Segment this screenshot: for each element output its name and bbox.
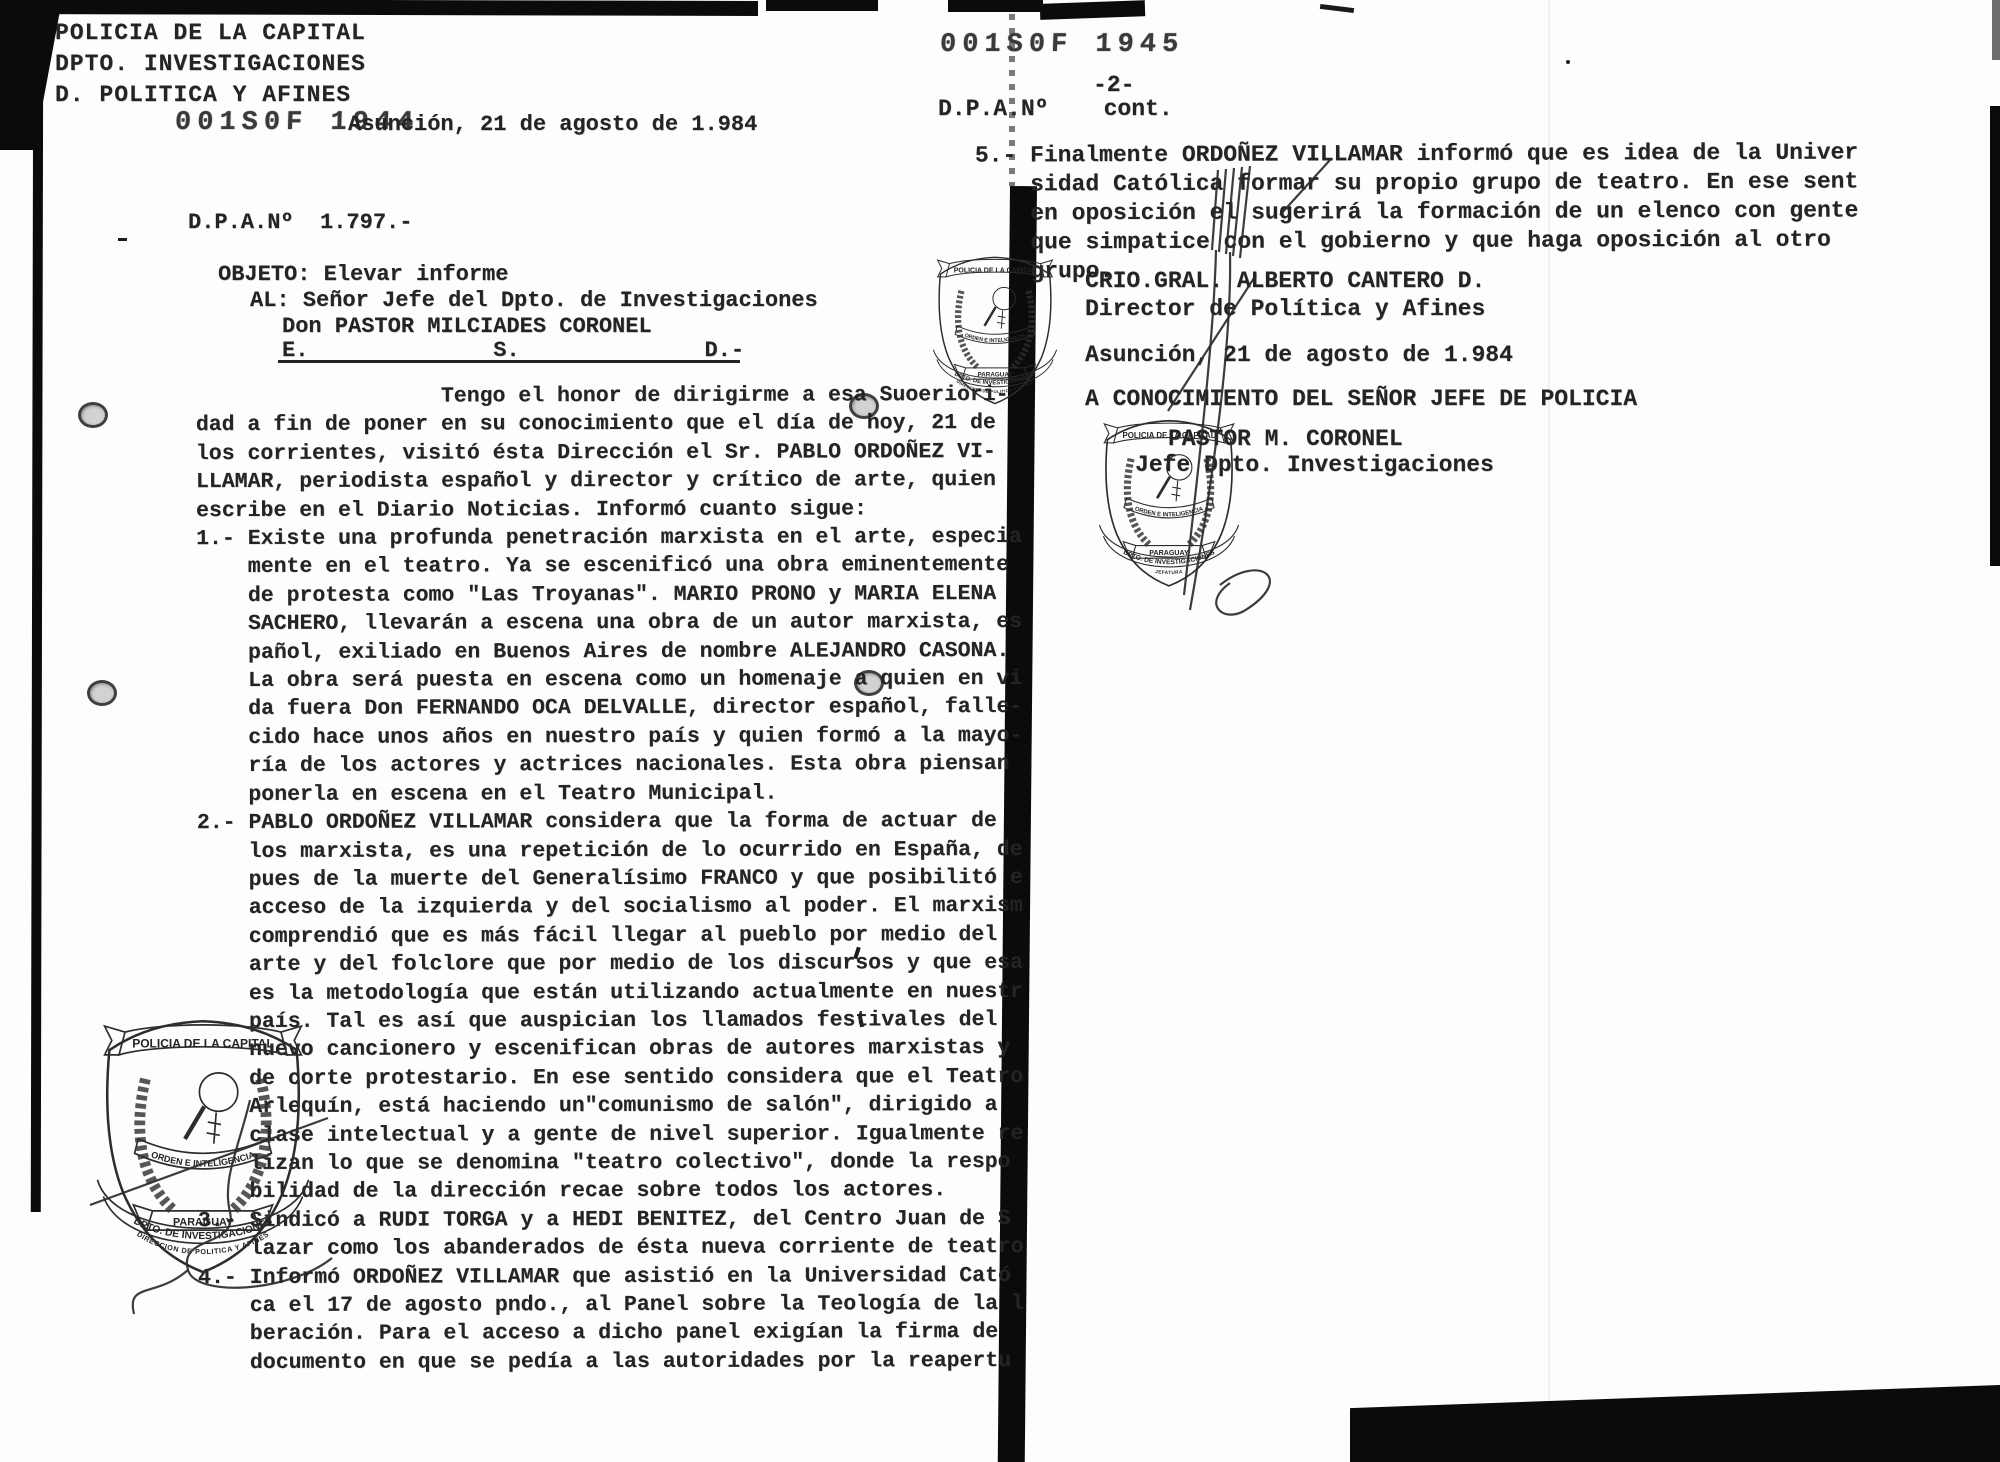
scan-bottom-right-block bbox=[1350, 1385, 2000, 1462]
scan-edge-right-strip bbox=[1990, 106, 2000, 566]
signature-scribble-right bbox=[1160, 155, 1480, 655]
scan-edge-right-noise bbox=[1992, 0, 2000, 60]
hole-punch bbox=[78, 402, 108, 428]
letterhead: POLICIA DE LA CAPITAL DPTO. INVESTIGACIO… bbox=[55, 18, 366, 111]
hole-punch bbox=[87, 680, 117, 706]
date-line: Asunción, 21 de agosto de 1.984 bbox=[348, 112, 757, 137]
ink-speck bbox=[118, 238, 127, 241]
badge-banner-text: POLICIA DE LA CAPITAL bbox=[954, 268, 1037, 275]
ink-speck bbox=[1566, 60, 1570, 64]
objeto-line: OBJETO: Elevar informe bbox=[218, 262, 508, 287]
al-line: AL: Señor Jefe del Dpto. de Investigacio… bbox=[250, 288, 818, 313]
scan-gutter-noise-2 bbox=[1040, 0, 1145, 20]
esd-underline bbox=[278, 360, 740, 363]
scan-corner-wedge bbox=[0, 0, 62, 150]
badge-banner-text: POLICIA DE LA CAPITAL bbox=[132, 1037, 274, 1051]
reference-cont-line: D.P.A.Nº cont. bbox=[938, 96, 1173, 122]
folio-stamp-number-2: 001S0F 1945 bbox=[939, 30, 1184, 60]
page-number: -2- bbox=[1093, 72, 1134, 98]
don-line: Don PASTOR MILCIADES CORONEL bbox=[282, 314, 652, 339]
reference-number: D.P.A.Nº 1.797.- bbox=[188, 210, 412, 235]
scan-edge-left-strip bbox=[31, 26, 43, 1212]
scan-gutter-noise-1 bbox=[948, 0, 1043, 12]
scan-edge-top-band-2 bbox=[766, 0, 878, 11]
police-badge-stamp-direccion-2: POLICIA DE LA CAPITAL ORDEN E INTELIGENC… bbox=[925, 246, 1065, 417]
scan-edge-top-band bbox=[0, 0, 758, 16]
ink-speck bbox=[1320, 4, 1354, 13]
document-scan: POLICIA DE LA CAPITAL DPTO. INVESTIGACIO… bbox=[0, 0, 2000, 1462]
signature-flourish-left bbox=[60, 1100, 380, 1320]
